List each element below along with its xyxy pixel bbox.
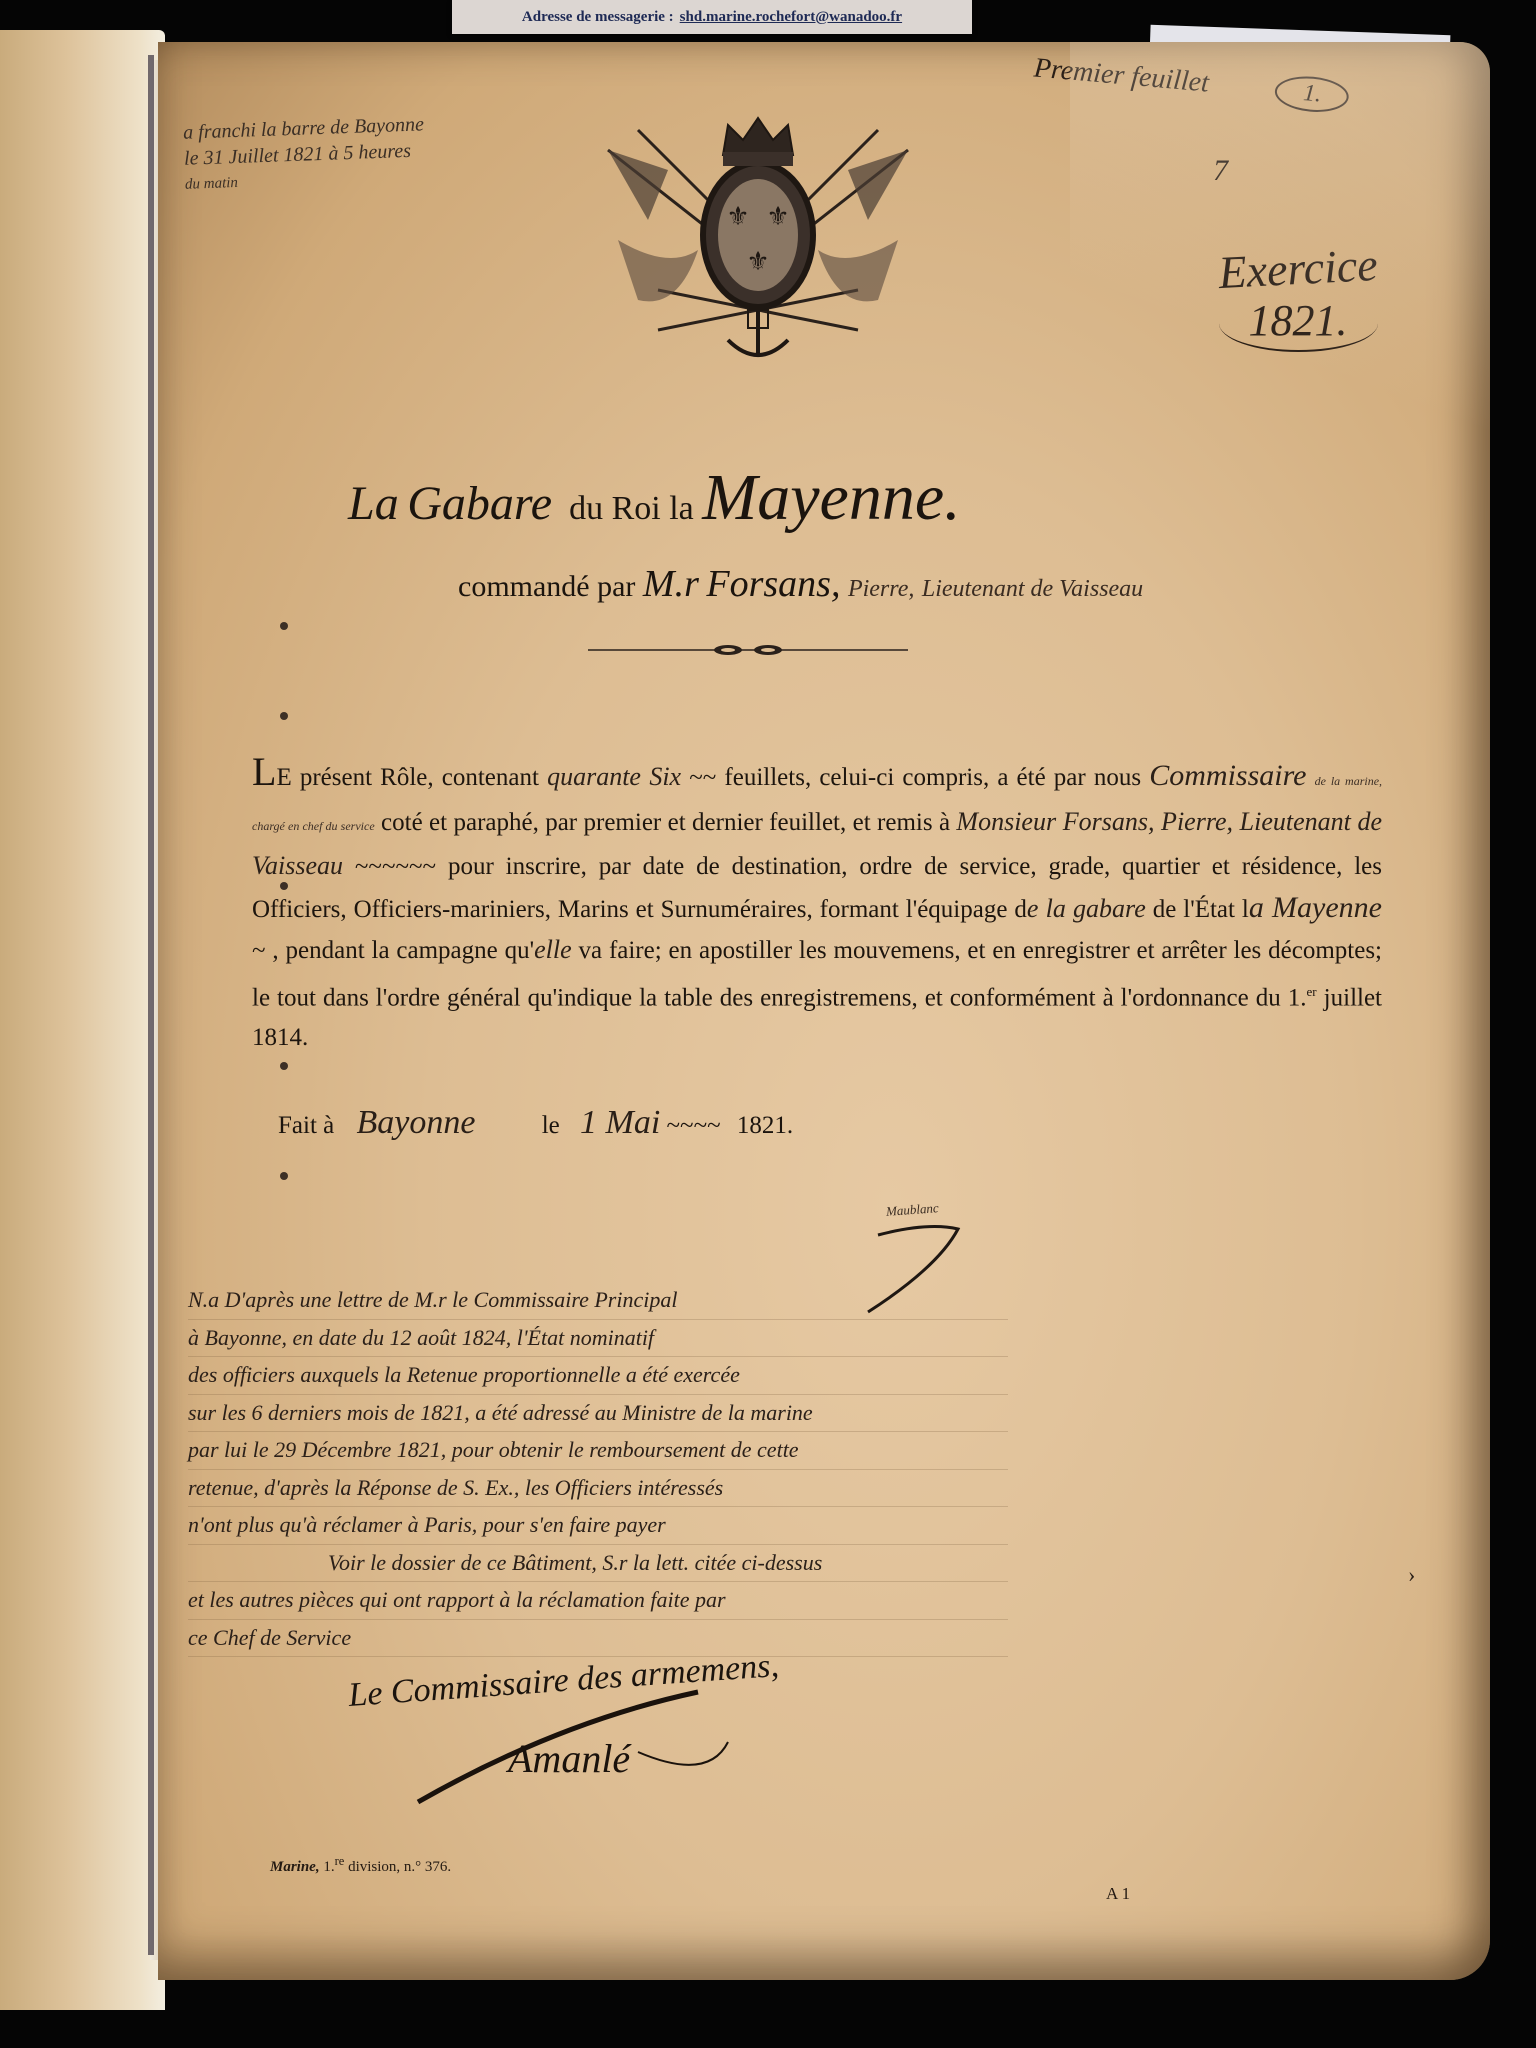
- body-text: feuillets, celui-ci compris, a été par n…: [724, 764, 1141, 791]
- svg-text:Amanlé: Amanlé: [505, 1736, 632, 1781]
- annotation-line: par lui le 29 Décembre 1821, pour obteni…: [188, 1432, 1008, 1470]
- fiscal-year-block: Exercice 1821.: [1178, 242, 1418, 352]
- folio-mark: 7: [1213, 154, 1228, 188]
- print-imprint: Marine, 1.re division, n.° 376.: [270, 1854, 451, 1876]
- ship-name-field: a Mayenne: [1249, 891, 1382, 924]
- svg-text:⚜: ⚜: [746, 247, 769, 276]
- margin-mark: ›: [1408, 1562, 1415, 1588]
- title-prefix: La: [348, 477, 399, 530]
- fiscal-year-label: Exercice: [1177, 236, 1419, 301]
- place-date-line: Fait à Bayonne le 1 Mai ~~~~ 1821.: [278, 1104, 793, 1142]
- date-field: 1 Mai: [580, 1104, 660, 1141]
- title-middle: du Roi la: [569, 490, 694, 527]
- vessel-name: Mayenne.: [702, 461, 960, 534]
- body-text: de l'État l: [1153, 896, 1249, 923]
- ship-type-field: e la gabare: [1027, 894, 1146, 923]
- coat-of-arms-icon: ⚜ ⚜ ⚜: [578, 110, 938, 360]
- vessel-title: La Gabare du Roi la Mayenne.: [348, 460, 961, 536]
- body-text: , pendant la campagne qu': [272, 937, 534, 964]
- commander-surname: Forsans,: [706, 563, 840, 605]
- commander-prefix: commandé par: [458, 570, 635, 603]
- issuer-field: Commissaire: [1149, 759, 1306, 792]
- fiscal-year-value: 1821.: [1219, 295, 1378, 352]
- commander-line: commandé par M.r Forsans, Pierre, Lieute…: [458, 562, 1143, 606]
- annotation-line: sur les 6 derniers mois de 1821, a été a…: [188, 1395, 1008, 1433]
- email-label: Adresse de messagerie :: [522, 9, 674, 26]
- imprint-sup: re: [335, 1854, 345, 1868]
- commander-rank: Lieutenant de Vaisseau: [922, 576, 1143, 602]
- imprint-text: division, n.° 376.: [348, 1859, 451, 1875]
- annotation-line: retenue, d'après la Réponse de S. Ex., l…: [188, 1470, 1008, 1508]
- sheet-count-field: quarante Six: [547, 762, 681, 791]
- certificate-paragraph: LE présent Rôle, contenant quarante Six …: [252, 752, 1382, 1059]
- signature-icon: Amanlé: [408, 1682, 748, 1812]
- book-gutter: [148, 55, 154, 1955]
- svg-text:⚜: ⚜: [766, 202, 789, 231]
- annotation-line: à Bayonne, en date du 12 août 1824, l'Ét…: [188, 1320, 1008, 1358]
- svg-text:⚜: ⚜: [726, 202, 749, 231]
- annotation-line: ce Chef de Service: [188, 1620, 1008, 1658]
- annotation-line: des officiers auxquels la Retenue propor…: [188, 1357, 1008, 1395]
- pronoun-field: elle: [534, 935, 572, 964]
- body-text: coté et paraphé, par premier et dernier …: [381, 809, 950, 836]
- handwritten-annotation: N.a D'après une lettre de M.r le Commiss…: [188, 1282, 1008, 1657]
- ornamental-rule-icon: [588, 642, 908, 658]
- signature-mark: A 1: [1106, 1884, 1130, 1904]
- margin-note: a franchi la barre de Bayonne le 31 Juil…: [183, 108, 516, 197]
- annotation-line: n'ont plus qu'à réclamer à Paris, pour s…: [188, 1507, 1008, 1545]
- annotation-line: Voir le dossier de ce Bâtiment, S.r la l…: [188, 1545, 1008, 1583]
- date-prefix: le: [542, 1112, 560, 1139]
- superscript: er: [1307, 984, 1317, 999]
- imprint-italic: Marine,: [270, 1859, 320, 1875]
- folio-label-text: Premier feuillet: [1033, 52, 1211, 98]
- annotation-line: N.a D'après une lettre de M.r le Commiss…: [188, 1282, 1008, 1320]
- body-text: E présent Rôle, contenant: [276, 764, 539, 791]
- dropcap: L: [252, 749, 276, 794]
- place-field: Bayonne: [357, 1104, 476, 1141]
- year-field: 1821.: [737, 1112, 793, 1139]
- commander-given-name: Pierre,: [848, 576, 914, 602]
- email-link[interactable]: shd.marine.rochefort@wanadoo.fr: [680, 9, 902, 26]
- place-prefix: Fait à: [278, 1112, 334, 1139]
- vessel-type: Gabare: [407, 477, 552, 530]
- email-address-label: Adresse de messagerie : shd.marine.roche…: [452, 0, 972, 34]
- folio-number: 1.: [1274, 74, 1351, 115]
- commander-title: M.r: [643, 563, 699, 605]
- folio-label: Premier feuillet 1.: [1032, 52, 1483, 126]
- document-page: a franchi la barre de Bayonne le 31 Juil…: [158, 42, 1490, 1980]
- left-page: [0, 30, 165, 2010]
- imprint-text: 1.: [323, 1859, 334, 1875]
- annotation-line: et les autres pièces qui ont rapport à l…: [188, 1582, 1008, 1620]
